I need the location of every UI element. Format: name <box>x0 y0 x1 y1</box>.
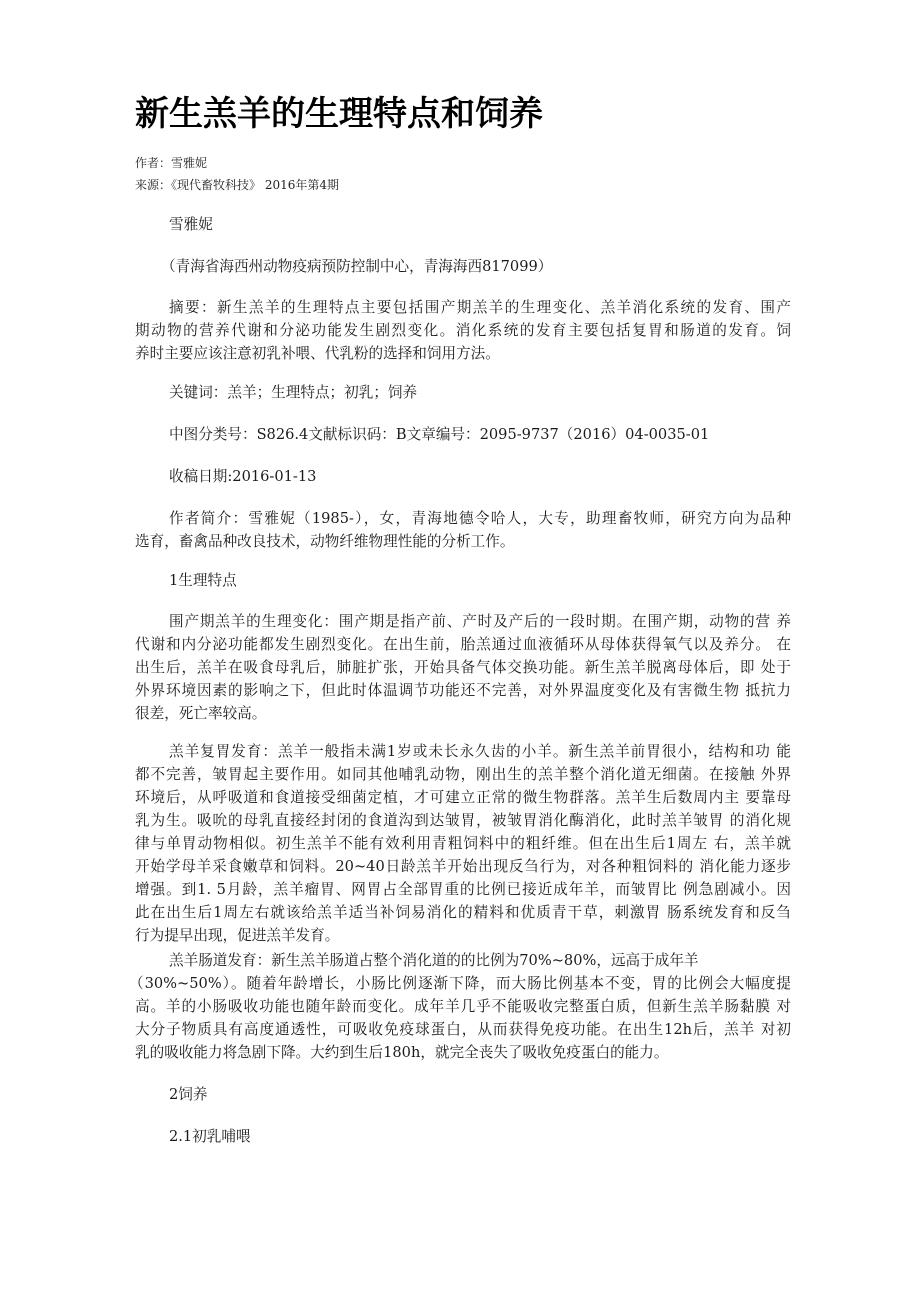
perinatal-paragraph: 围产期羔羊的生理变化：围产期是指产前、产时及产后的一段时期。在围产期，动物的营 … <box>135 610 791 725</box>
author-line: 作者：雪雅妮 <box>135 154 207 171</box>
section-2-1-heading-text: 2.1初乳哺喂 <box>135 1125 791 1148</box>
paragraph-line: 开始学母羊采食嫩草和饲料。20~40日龄羔羊开始出现反刍行为，对各种粗饲料的 消… <box>135 855 791 878</box>
paragraph-line: 大分子物质具有高度通透性，可吸收免疫球蛋白，从而获得免疫功能。在出生12h后，羔… <box>135 1018 791 1041</box>
section-1-heading: 1生理特点 <box>135 569 791 592</box>
received-date: 收稿日期:2016-01-13 <box>135 465 791 488</box>
author-name: 雪雅妮 <box>135 213 791 236</box>
affiliation: （青海省海西州动物疫病预防控制中心，青海海西817099） <box>135 255 791 278</box>
paragraph-line: 增强。到1. 5月龄，羔羊瘤胃、网胃占全部胃重的比例已接近成年羊，而皱胃比 例急… <box>135 878 791 901</box>
keywords-text: 关键词：羔羊；生理特点；初乳；饲养 <box>135 381 791 404</box>
author-bio: 作者简介：雪雅妮（1985-），女，青海地德令哈人，大专，助理畜牧师，研究方向为… <box>135 507 791 553</box>
author-bio-line: 作者简介：雪雅妮（1985-），女，青海地德令哈人，大专，助理畜牧师，研究方向为… <box>135 507 791 530</box>
section-2-heading: 2饲养 <box>135 1083 791 1106</box>
section-2-1-heading: 2.1初乳哺喂 <box>135 1125 791 1148</box>
paragraph-line: 外界环境因素的影响之下，但此时体温调节功能还不完善，对外界温度变化及有害微生物 … <box>135 679 791 702</box>
paragraph-line: 出生后，羔羊在吸食母乳后，肺脏扩张，开始具备气体交换功能。新生羔羊脱离母体后，即… <box>135 656 791 679</box>
intestine-paragraph: 羔羊肠道发育：新生羔羊肠道占整个消化道的的比例为70%~80%，远高于成年羊 （… <box>135 949 791 1064</box>
affiliation-text: （青海省海西州动物疫病预防控制中心，青海海西817099） <box>135 255 791 278</box>
paragraph-line: 高。羊的小肠吸收功能也随年龄而变化。成年羊几乎不能吸收完整蛋白质，但新生羔羊肠黏… <box>135 995 791 1018</box>
document-page: 新生羔羊的生理特点和饲养 作者：雪雅妮 来源：《现代畜牧科技》 2016年第4期… <box>0 0 920 1302</box>
keywords: 关键词：羔羊；生理特点；初乳；饲养 <box>135 381 791 404</box>
abstract-paragraph: 摘要：新生羔羊的生理特点主要包括围产期羔羊的生理变化、羔羊消化系统的发育、围产 … <box>135 296 791 365</box>
paragraph-line: 羔羊肠道发育：新生羔羊肠道占整个消化道的的比例为70%~80%，远高于成年羊 <box>135 949 791 972</box>
paragraph-line: 很差，死亡率较高。 <box>135 702 791 725</box>
classification-text: 中图分类号：S826.4文献标识码：B文章编号：2095-9737（2016）0… <box>135 423 791 446</box>
source-line: 来源：《现代畜牧科技》 2016年第4期 <box>135 176 339 193</box>
classification: 中图分类号：S826.4文献标识码：B文章编号：2095-9737（2016）0… <box>135 423 791 446</box>
paragraph-line: 乳的吸收能力将急剧下降。大约到生后180h，就完全丧失了吸收免疫蛋白的能力。 <box>135 1041 791 1064</box>
author-name-text: 雪雅妮 <box>135 213 791 236</box>
paragraph-line: 行为提早出现，促进羔羊发育。 <box>135 924 791 947</box>
stomach-paragraph: 羔羊复胃发育：羔羊一般指未满1岁或未长永久齿的小羊。新生羔羊前胃很小，结构和功 … <box>135 740 791 947</box>
paragraph-line: （30%~50%）。随着年龄增长，小肠比例逐渐下降，而大肠比例基本不变，胃的比例… <box>129 972 791 995</box>
abstract-line: 养时主要应该注意初乳补喂、代乳粉的选择和饲用方法。 <box>135 342 791 365</box>
author-bio-line: 选育，畜禽品种改良技术，动物纤维物理性能的分析工作。 <box>135 530 791 553</box>
abstract-line: 摘要：新生羔羊的生理特点主要包括围产期羔羊的生理变化、羔羊消化系统的发育、围产 <box>135 296 791 319</box>
paragraph-line: 律与单胃动物相似。初生羔羊不能有效利用青粗饲料中的粗纤维。但在出生后1周左 右，… <box>135 832 791 855</box>
abstract-line: 期动物的营养代谢和分泌功能发生剧烈变化。消化系统的发育主要包括复胃和肠道的发育。… <box>135 319 791 342</box>
section-1-heading-text: 1生理特点 <box>135 569 791 592</box>
paragraph-line: 代谢和内分泌功能都发生剧烈变化。在出生前，胎羔通过血液循环从母体获得氧气以及养分… <box>135 633 791 656</box>
paragraph-line: 此在出生后1周左右就该给羔羊适当补饲易消化的精料和优质青干草，刺激胃 肠系统发育… <box>135 901 791 924</box>
paragraph-line: 乳为生。吸吮的母乳直接经封闭的食道沟到达皱胃，被皱胃消化酶消化，此时羔羊皱胃 的… <box>135 809 791 832</box>
paragraph-line: 都不完善，皱胃起主要作用。如同其他哺乳动物，刚出生的羔羊整个消化道无细菌。在接触… <box>135 763 791 786</box>
page-title: 新生羔羊的生理特点和饲养 <box>135 86 543 135</box>
paragraph-line: 羔羊复胃发育：羔羊一般指未满1岁或未长永久齿的小羊。新生羔羊前胃很小，结构和功 … <box>135 740 791 763</box>
paragraph-line: 围产期羔羊的生理变化：围产期是指产前、产时及产后的一段时期。在围产期，动物的营 … <box>135 610 791 633</box>
paragraph-line: 环境后，从呼吸道和食道接受细菌定植，才可建立正常的微生物群落。羔羊生后数周内主 … <box>135 786 791 809</box>
section-2-heading-text: 2饲养 <box>135 1083 791 1106</box>
received-date-text: 收稿日期:2016-01-13 <box>135 465 791 488</box>
